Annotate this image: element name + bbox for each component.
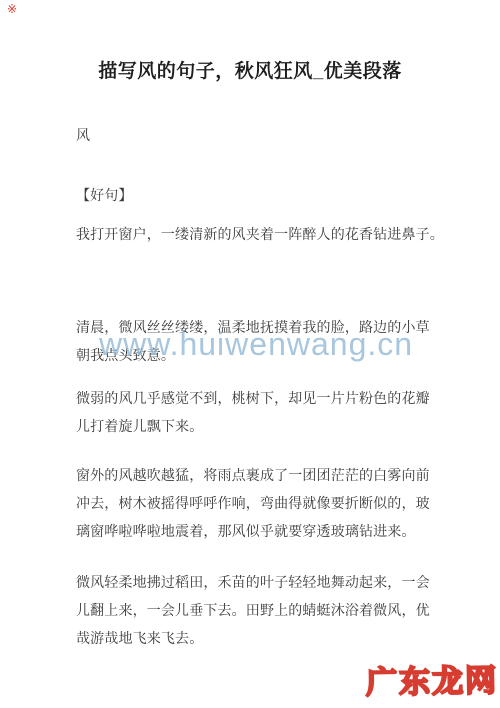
- keyword-text: 风: [76, 123, 448, 151]
- paragraph-3: 微弱的风几乎感觉不到，桃树下，却见一片片粉色的花瓣 儿打着旋儿飘下来。: [76, 386, 448, 442]
- paragraph-4: 窗外的风越吹越猛，将雨点裹成了一团团茫茫的白雾向前 冲去，树木被摇得呼呼作响，弯…: [76, 463, 448, 547]
- paragraph-2: 清晨，微风丝丝缕缕，温柔地抚摸着我的脸，路边的小草 朝我点头致意。: [76, 315, 448, 371]
- corner-seal-icon: ※: [7, 2, 17, 16]
- site-stamp: 广东龙网: [366, 655, 499, 702]
- paragraph-5: 微风轻柔地拂过稻田，禾苗的叶子轻轻地舞动起来，一会 儿翻上来，一会儿垂下去。田野…: [76, 570, 448, 654]
- section-header: 【好句】: [76, 183, 448, 211]
- page-title: 描写风的句子，秋风狂风_优美段落: [0, 58, 500, 86]
- document-page: ※ 描写风的句子，秋风狂风_优美段落 风 【好句】 我打开窗户，一缕清新的风夹着…: [0, 0, 500, 708]
- paragraph-1: 我打开窗户，一缕清新的风夹着一阵醉人的花香钻进鼻子。: [76, 222, 448, 250]
